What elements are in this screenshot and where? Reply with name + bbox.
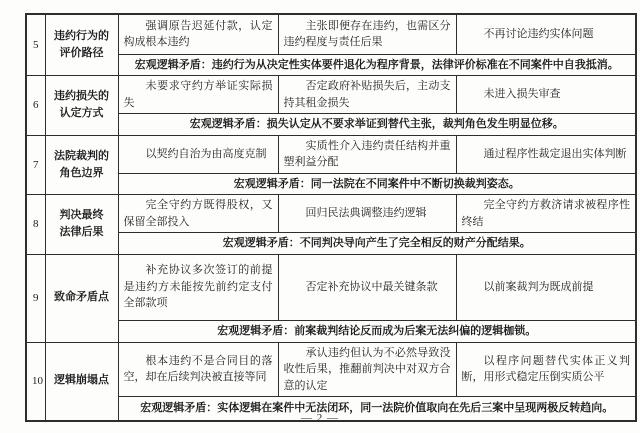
row-number-cell: 9 — [26, 254, 45, 342]
macro-row: 宏观逻辑矛盾：损失认定从不要求举证到替代主张，裁判角色发生明显位移。 — [26, 114, 636, 136]
case3-cell: 通过程序性裁定退出实体判断 — [456, 135, 636, 173]
category-cell: 致命矛盾点 — [45, 254, 118, 342]
case3-cell: 以前案裁判为既成前提 — [456, 254, 636, 320]
macro-contradiction-cell: 宏观逻辑矛盾：同一法院在不同案件中不断切换裁判姿态。 — [118, 173, 636, 195]
category-label-line: 违约损失的 — [51, 88, 113, 105]
cell-text: 否定政府补贴损失后，主动支持其租金损失 — [284, 78, 451, 111]
category-label-line: 违约行为的 — [51, 28, 113, 45]
cell-text: 以前案裁判为既成前提 — [462, 279, 631, 296]
case2-cell: 实质性介入违约责任结构并重塑利益分配 — [278, 135, 456, 173]
document-page: 5 违约行为的 评价路径 强调原告迟延付款，认定构成根本违约 主张即便存在违约，… — [0, 0, 640, 433]
table-row: 10 逻辑崩塌点 根本违约不是合同目的落空，却在后续判决被直接等同 承认违约但认… — [26, 342, 636, 397]
table-row: 5 违约行为的 评价路径 强调原告迟延付款，认定构成根本违约 主张即便存在违约，… — [26, 14, 636, 54]
case1-cell: 根本违约不是合同目的落空，却在后续判决被直接等同 — [118, 342, 278, 397]
row-number-cell: 5 — [26, 14, 45, 76]
category-cell: 违约损失的 认定方式 — [45, 76, 118, 136]
table-row: 9 致命矛盾点 补充协议多次签订的前提是违约方未能按先前约定支付全部款项 否定补… — [26, 254, 636, 320]
case2-cell: 否定政府补贴损失后，主动支持其租金损失 — [278, 76, 456, 114]
category-label-line: 致命矛盾点 — [51, 289, 113, 306]
cell-text: 未要求守约方举证实际损失 — [124, 78, 273, 111]
cell-text: 通过程序性裁定退出实体判断 — [462, 146, 631, 163]
category-label-line: 角色边界 — [51, 165, 113, 182]
cell-text: 完全守约方救济请求被程序性终结 — [462, 197, 631, 230]
cell-text: 根本违约不是合同目的落空，却在后续判决被直接等同 — [124, 353, 273, 386]
macro-row: 宏观逻辑矛盾：同一法院在不同案件中不断切换裁判姿态。 — [26, 173, 636, 195]
category-cell: 违约行为的 评价路径 — [45, 14, 118, 76]
row-number-cell: 7 — [26, 135, 45, 195]
case3-cell: 未进入损失审查 — [456, 76, 636, 114]
macro-contradiction-cell: 宏观逻辑矛盾：不同判决导向产生了完全相反的财产分配结果。 — [118, 233, 636, 255]
case2-cell: 承认违约但认为不必然导致没收性后果，推翻前判决中对双方合意的认定 — [278, 342, 456, 397]
table-row: 7 法院裁判的 角色边界 以契约自治为由高度克制 实质性介入违约责任结构并重塑利… — [26, 135, 636, 173]
cell-text: 未进入损失审查 — [462, 86, 631, 103]
cell-text: 回归民法典调整违约逻辑 — [284, 205, 451, 222]
macro-contradiction-cell: 宏观逻辑矛盾：前案裁判结论反而成为后案无法纠偏的逻辑枷锁。 — [118, 320, 636, 342]
case1-cell: 以契约自治为由高度克制 — [118, 135, 278, 173]
macro-row: 宏观逻辑矛盾：违约行为从决定性实体要件退化为程序背景，法律评价标准在不同案件中自… — [26, 54, 636, 76]
page-number: — 2 — — [0, 412, 640, 424]
category-cell: 法院裁判的 角色边界 — [45, 135, 118, 195]
cell-text: 强调原告迟延付款，认定构成根本违约 — [124, 18, 273, 51]
cell-text: 承认违约但认为不必然导致没收性后果，推翻前判决中对双方合意的认定 — [284, 345, 451, 395]
cell-text: 主张即便存在违约，也需区分违约程度与责任后果 — [284, 18, 451, 51]
case1-cell: 补充协议多次签订的前提是违约方未能按先前约定支付全部款项 — [118, 254, 278, 320]
case1-cell: 完全守约方既得股权，又保留全部投入 — [118, 195, 278, 233]
case3-cell: 不再讨论违约实体问题 — [456, 14, 636, 54]
case2-cell: 回归民法典调整违约逻辑 — [278, 195, 456, 233]
category-cell: 逻辑崩塌点 — [45, 342, 118, 421]
cell-text: 以契约自治为由高度克制 — [124, 146, 273, 163]
category-label-line: 法院裁判的 — [51, 148, 113, 165]
category-label-line: 评价路径 — [51, 45, 113, 62]
cell-text: 否定补充协议中最关键条款 — [284, 279, 451, 296]
row-number-cell: 8 — [26, 195, 45, 255]
category-cell: 判决最终 法律后果 — [45, 195, 118, 255]
macro-row: 宏观逻辑矛盾：前案裁判结论反而成为后案无法纠偏的逻辑枷锁。 — [26, 320, 636, 342]
case2-cell: 主张即便存在违约，也需区分违约程度与责任后果 — [278, 14, 456, 54]
case1-cell: 未要求守约方举证实际损失 — [118, 76, 278, 114]
cell-text: 补充协议多次签订的前提是违约方未能按先前约定支付全部款项 — [124, 262, 273, 312]
category-label-line: 法律后果 — [51, 224, 113, 241]
case3-cell: 以程序问题替代实体正义判断，用形式稳定压倒实质公平 — [456, 342, 636, 397]
cell-text: 以程序问题替代实体正义判断，用形式稳定压倒实质公平 — [462, 353, 631, 386]
row-number-cell: 10 — [26, 342, 45, 421]
case3-cell: 完全守约方救济请求被程序性终结 — [456, 195, 636, 233]
table-row: 8 判决最终 法律后果 完全守约方既得股权，又保留全部投入 回归民法典调整违约逻… — [26, 195, 636, 233]
macro-contradiction-cell: 宏观逻辑矛盾：违约行为从决定性实体要件退化为程序背景，法律评价标准在不同案件中自… — [118, 54, 636, 76]
category-label-line: 判决最终 — [51, 207, 113, 224]
category-label-line: 逻辑崩塌点 — [51, 372, 113, 389]
macro-contradiction-cell: 宏观逻辑矛盾：损失认定从不要求举证到替代主张，裁判角色发生明显位移。 — [118, 114, 636, 136]
table-row: 6 违约损失的 认定方式 未要求守约方举证实际损失 否定政府补贴损失后，主动支持… — [26, 76, 636, 114]
case2-cell: 否定补充协议中最关键条款 — [278, 254, 456, 320]
macro-row: 宏观逻辑矛盾：不同判决导向产生了完全相反的财产分配结果。 — [26, 233, 636, 255]
comparison-table: 5 违约行为的 评价路径 强调原告迟延付款，认定构成根本违约 主张即便存在违约，… — [25, 13, 637, 422]
cell-text: 实质性介入违约责任结构并重塑利益分配 — [284, 138, 451, 171]
category-label-line: 认定方式 — [51, 105, 113, 122]
case1-cell: 强调原告迟延付款，认定构成根本违约 — [118, 14, 278, 54]
cell-text: 不再讨论违约实体问题 — [462, 26, 631, 43]
cell-text: 完全守约方既得股权，又保留全部投入 — [124, 197, 273, 230]
row-number-cell: 6 — [26, 76, 45, 136]
